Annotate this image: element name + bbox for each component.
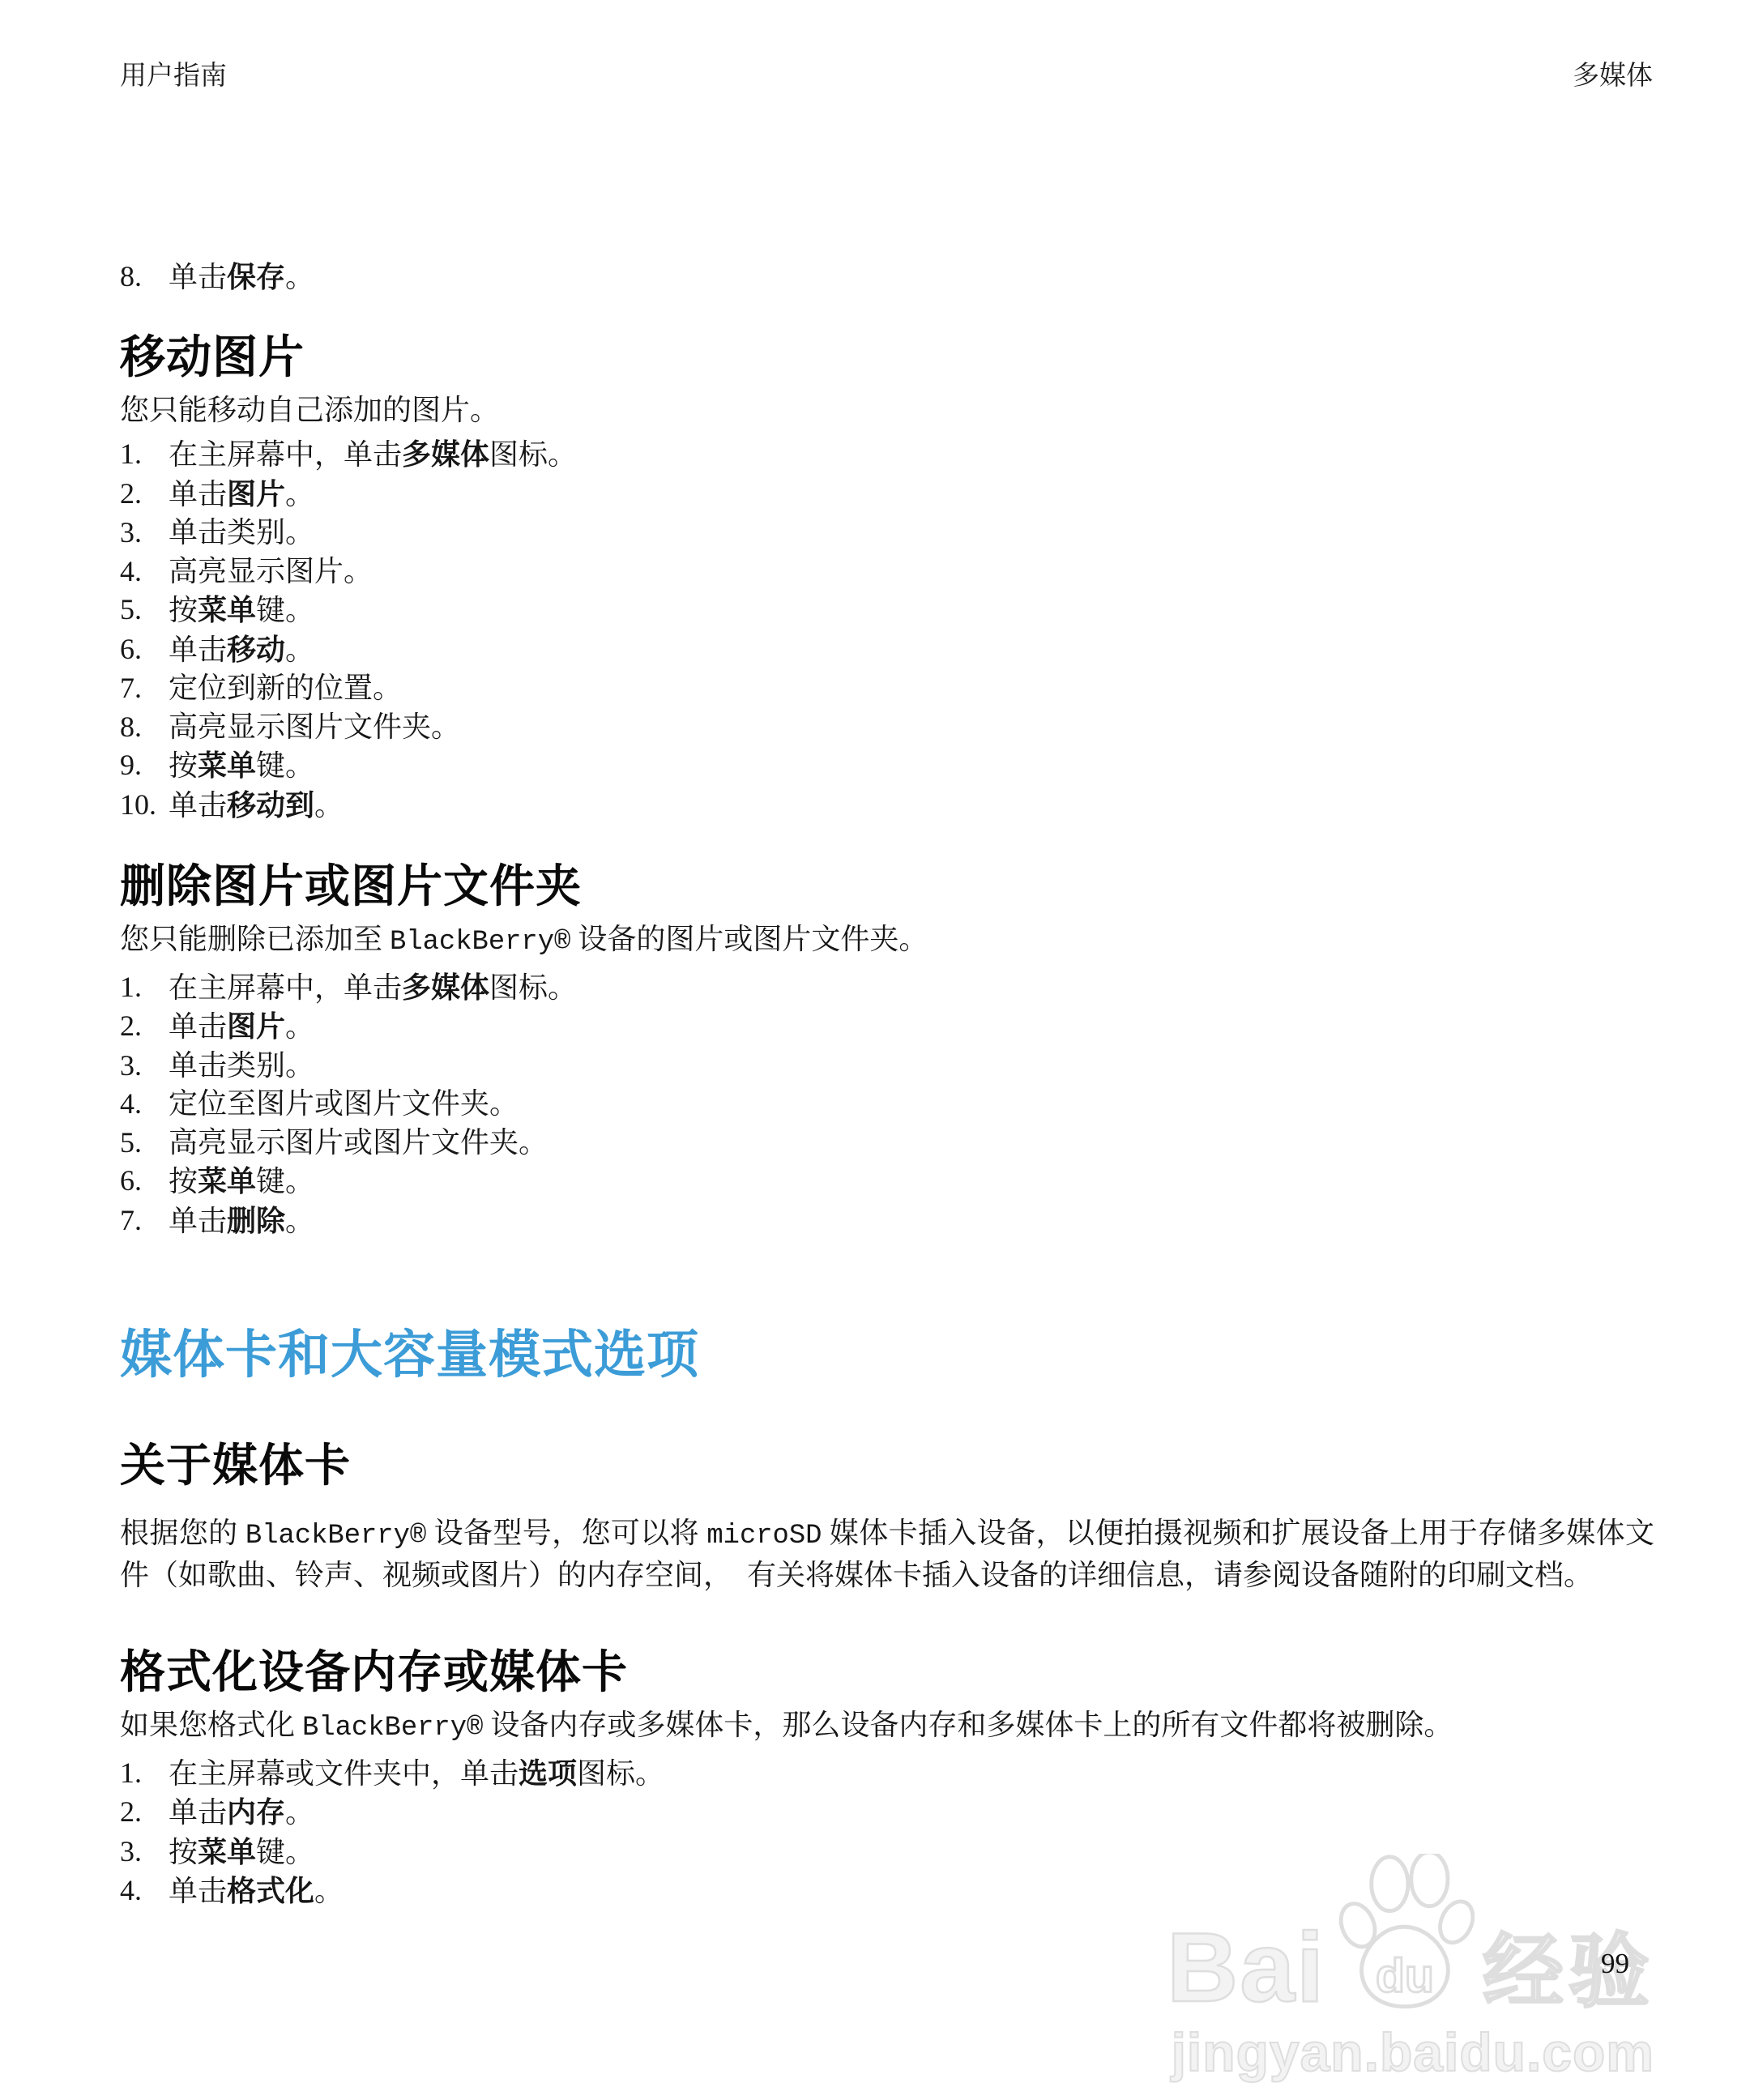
text-run: 单击 bbox=[169, 1205, 227, 1237]
header-chapter-label: 多媒体 bbox=[1573, 62, 1653, 91]
text-run: 您只能移动自己添加的图片。 bbox=[120, 394, 499, 426]
text-run: 如果您格式化 bbox=[120, 1709, 302, 1741]
list-item-text: 单击图片。 bbox=[169, 1007, 1654, 1047]
bold-term: 保存 bbox=[227, 260, 285, 293]
bold-term: 格式化 bbox=[227, 1874, 314, 1907]
text-run: 单击类别。 bbox=[169, 516, 314, 548]
text-run: 键。 bbox=[256, 1836, 314, 1868]
text-run: 按 bbox=[169, 749, 198, 782]
list-item-text: 单击类别。 bbox=[169, 514, 1654, 553]
text-run: 图标。 bbox=[577, 1757, 664, 1790]
latin-term: BlackBerry® bbox=[245, 1521, 426, 1552]
header-doc-title: 用户指南 bbox=[120, 62, 227, 91]
list-item: 1.在主屏幕中，单击多媒体图标。 bbox=[120, 968, 1654, 1008]
list-item-number: 10. bbox=[120, 786, 169, 826]
list-item-text: 单击删除。 bbox=[169, 1202, 1654, 1241]
text-run: 。 bbox=[314, 1875, 344, 1907]
list-item: 2.单击图片。 bbox=[120, 1007, 1654, 1047]
list-item-number: 6. bbox=[120, 630, 169, 670]
page-content: 8.单击保存。 移动图片 您只能移动自己添加的图片。 1.在主屏幕中，单击多媒体… bbox=[120, 258, 1654, 1911]
list-item-text: 按菜单键。 bbox=[169, 746, 1654, 786]
chapter-title: 媒体卡和大容量模式选项 bbox=[120, 1325, 1654, 1385]
user-guide-page: { "header": { "left": "用户指南", "right": "… bbox=[0, 0, 1750, 2100]
list-item: 5.高亮显示图片或图片文件夹。 bbox=[120, 1124, 1654, 1163]
text-run: 。 bbox=[285, 1010, 314, 1043]
section-intro: 您只能移动自己添加的图片。 bbox=[120, 391, 1654, 430]
list-item: 2.单击内存。 bbox=[120, 1793, 1654, 1833]
list-item-text: 单击保存。 bbox=[169, 258, 1654, 297]
list-item-number: 2. bbox=[120, 1793, 169, 1833]
list-item-number: 1. bbox=[120, 968, 169, 1008]
text-run: 设备内存或多媒体卡，那么设备内存和多媒体卡上的所有文件都将被删除。 bbox=[483, 1709, 1453, 1741]
bold-term: 选项 bbox=[519, 1756, 577, 1790]
list-item-number: 6. bbox=[120, 1162, 169, 1202]
list-item: 3.单击类别。 bbox=[120, 514, 1654, 553]
list-item-text: 单击内存。 bbox=[169, 1793, 1654, 1833]
list-item-number: 7. bbox=[120, 669, 169, 708]
text-run: 键。 bbox=[256, 1165, 314, 1197]
bold-term: 图片 bbox=[227, 1009, 285, 1043]
bold-term: 移动到 bbox=[227, 788, 314, 822]
text-run: 键。 bbox=[256, 749, 314, 782]
text-run: 单击类别。 bbox=[169, 1049, 314, 1082]
list-item-text: 单击移动到。 bbox=[169, 786, 1654, 826]
text-run: 单击 bbox=[169, 261, 227, 293]
list-item-text: 按菜单键。 bbox=[169, 591, 1654, 630]
latin-term: BlackBerry® bbox=[390, 927, 570, 958]
list-item-number: 7. bbox=[120, 1202, 169, 1241]
bold-term: 菜单 bbox=[198, 1835, 256, 1868]
section-move-pictures: 移动图片 您只能移动自己添加的图片。 1.在主屏幕中，单击多媒体图标。2.单击图… bbox=[120, 331, 1654, 826]
watermark-du-text: du bbox=[1376, 1950, 1434, 2003]
text-run: 单击 bbox=[169, 478, 227, 510]
list-item-number: 9. bbox=[120, 746, 169, 786]
step-list: 1.在主屏幕中，单击多媒体图标。2.单击图片。3.单击类别。4.高亮显示图片。5… bbox=[120, 435, 1654, 825]
page-number: 99 bbox=[1601, 1948, 1629, 1980]
list-item: 10.单击移动到。 bbox=[120, 786, 1654, 826]
list-item: 7.单击删除。 bbox=[120, 1202, 1654, 1241]
list-item-text: 单击移动。 bbox=[169, 630, 1654, 670]
text-run: 在主屏幕或文件夹中，单击 bbox=[169, 1757, 519, 1790]
list-item-text: 单击图片。 bbox=[169, 475, 1654, 514]
list-item: 6.单击移动。 bbox=[120, 630, 1654, 670]
text-run: 图标。 bbox=[489, 438, 577, 471]
list-item: 5.按菜单键。 bbox=[120, 591, 1654, 630]
text-run: 图标。 bbox=[489, 971, 577, 1004]
text-run: 高亮显示图片或图片文件夹。 bbox=[169, 1126, 548, 1159]
list-item: 9.按菜单键。 bbox=[120, 746, 1654, 786]
text-run: 根据您的 bbox=[120, 1517, 245, 1549]
text-run: 。 bbox=[314, 789, 344, 822]
list-item-number: 8. bbox=[120, 708, 169, 747]
text-run: 。 bbox=[285, 634, 314, 666]
step-list: 1.在主屏幕中，单击多媒体图标。2.单击图片。3.单击类别。4.定位至图片或图片… bbox=[120, 968, 1654, 1241]
text-run: 单击 bbox=[169, 789, 227, 822]
bold-term: 菜单 bbox=[198, 749, 256, 782]
bold-term: 内存 bbox=[227, 1795, 285, 1829]
text-run: 设备的图片或图片文件夹。 bbox=[570, 923, 928, 955]
list-item-number: 5. bbox=[120, 591, 169, 630]
bold-term: 移动 bbox=[227, 633, 285, 666]
text-run: 。 bbox=[285, 261, 314, 293]
section-title: 关于媒体卡 bbox=[120, 1440, 1654, 1492]
list-item-number: 2. bbox=[120, 1007, 169, 1047]
section-paragraph: 根据您的 BlackBerry® 设备型号，您可以将 microSD 媒体卡插入… bbox=[120, 1514, 1654, 1594]
list-item-text: 单击类别。 bbox=[169, 1047, 1654, 1086]
list-item-text: 定位至图片或图片文件夹。 bbox=[169, 1085, 1654, 1124]
list-item: 4.定位至图片或图片文件夹。 bbox=[120, 1085, 1654, 1124]
text-run: 定位到新的位置。 bbox=[169, 672, 402, 704]
watermark-url: jingyan.baidu.com bbox=[1167, 2025, 1654, 2079]
text-run: 按 bbox=[169, 1165, 198, 1197]
text-run: 在主屏幕中，单击 bbox=[169, 438, 402, 471]
section-intro: 您只能删除已添加至 BlackBerry® 设备的图片或图片文件夹。 bbox=[120, 920, 1654, 962]
section-intro: 如果您格式化 BlackBerry® 设备内存或多媒体卡，那么设备内存和多媒体卡… bbox=[120, 1706, 1654, 1748]
list-item: 8.单击保存。 bbox=[120, 258, 1654, 297]
list-item-number: 4. bbox=[120, 1872, 169, 1911]
list-item: 6.按菜单键。 bbox=[120, 1162, 1654, 1202]
list-item-text: 高亮显示图片文件夹。 bbox=[169, 708, 1654, 747]
section-delete-pictures: 删除图片或图片文件夹 您只能删除已添加至 BlackBerry® 设备的图片或图… bbox=[120, 860, 1654, 1240]
list-item: 1.在主屏幕中，单击多媒体图标。 bbox=[120, 435, 1654, 475]
list-item-text: 在主屏幕中，单击多媒体图标。 bbox=[169, 435, 1654, 475]
step-list-continuation: 8.单击保存。 bbox=[120, 258, 1654, 297]
text-run: 。 bbox=[285, 1796, 314, 1829]
text-run: 设备型号，您可以将 bbox=[426, 1517, 706, 1549]
text-run: 高亮显示图片文件夹。 bbox=[169, 711, 460, 743]
list-item-number: 5. bbox=[120, 1124, 169, 1163]
text-run: 定位至图片或图片文件夹。 bbox=[169, 1087, 519, 1120]
bold-term: 多媒体 bbox=[402, 437, 489, 471]
list-item-text: 高亮显示图片或图片文件夹。 bbox=[169, 1124, 1654, 1163]
text-run: 单击 bbox=[169, 1796, 227, 1829]
list-item-text: 在主屏幕中，单击多媒体图标。 bbox=[169, 968, 1654, 1008]
text-run: 单击 bbox=[169, 1875, 227, 1907]
text-run: 键。 bbox=[256, 594, 314, 626]
section-about-media-card: 关于媒体卡 根据您的 BlackBerry® 设备型号，您可以将 microSD… bbox=[120, 1440, 1654, 1594]
list-item-number: 3. bbox=[120, 1833, 169, 1872]
list-item-text: 按菜单键。 bbox=[169, 1162, 1654, 1202]
text-run: 高亮显示图片。 bbox=[169, 555, 373, 587]
bold-term: 删除 bbox=[227, 1204, 285, 1237]
list-item-text: 高亮显示图片。 bbox=[169, 553, 1654, 591]
list-item-text: 在主屏幕或文件夹中，单击选项图标。 bbox=[169, 1754, 1654, 1794]
text-run: 按 bbox=[169, 594, 198, 626]
text-run: 单击 bbox=[169, 634, 227, 666]
text-run: 您只能删除已添加至 bbox=[120, 923, 390, 955]
baidu-jingyan-watermark: Bai du 经验 jingyan.baidu.com bbox=[1167, 1854, 1654, 2079]
list-item: 2.单击图片。 bbox=[120, 475, 1654, 514]
bold-term: 菜单 bbox=[198, 1164, 256, 1197]
watermark-bai-text: Bai bbox=[1167, 1922, 1325, 2012]
list-item-number: 8. bbox=[120, 258, 169, 297]
baidu-paw-icon: du bbox=[1330, 1854, 1475, 2021]
bold-term: 菜单 bbox=[198, 593, 256, 626]
text-run: 在主屏幕中，单击 bbox=[169, 971, 402, 1004]
bold-term: 图片 bbox=[227, 477, 285, 510]
section-title: 格式化设备内存或媒体卡 bbox=[120, 1646, 1654, 1698]
watermark-logo-row: Bai du 经验 bbox=[1167, 1854, 1654, 2012]
list-item-number: 1. bbox=[120, 435, 169, 475]
text-run: 单击 bbox=[169, 1010, 227, 1043]
latin-term: microSD bbox=[706, 1521, 822, 1552]
text-run: 按 bbox=[169, 1836, 198, 1868]
list-item: 3.单击类别。 bbox=[120, 1047, 1654, 1086]
list-item: 8.高亮显示图片文件夹。 bbox=[120, 708, 1654, 747]
list-item: 7.定位到新的位置。 bbox=[120, 669, 1654, 708]
list-item-number: 4. bbox=[120, 553, 169, 591]
list-item-number: 3. bbox=[120, 514, 169, 553]
text-run: 。 bbox=[285, 1205, 314, 1237]
text-run: 。 bbox=[285, 478, 314, 510]
list-item-number: 3. bbox=[120, 1047, 169, 1086]
list-item-number: 4. bbox=[120, 1085, 169, 1124]
list-item-number: 2. bbox=[120, 475, 169, 514]
latin-term: BlackBerry® bbox=[302, 1713, 483, 1744]
list-item-text: 定位到新的位置。 bbox=[169, 669, 1654, 708]
page-header: 用户指南 多媒体 bbox=[120, 62, 1653, 91]
list-item: 1.在主屏幕或文件夹中，单击选项图标。 bbox=[120, 1754, 1654, 1794]
bold-term: 多媒体 bbox=[402, 971, 489, 1004]
section-title: 移动图片 bbox=[120, 331, 1654, 383]
list-item-number: 1. bbox=[120, 1754, 169, 1794]
list-item: 4.高亮显示图片。 bbox=[120, 553, 1654, 591]
section-title: 删除图片或图片文件夹 bbox=[120, 860, 1654, 912]
